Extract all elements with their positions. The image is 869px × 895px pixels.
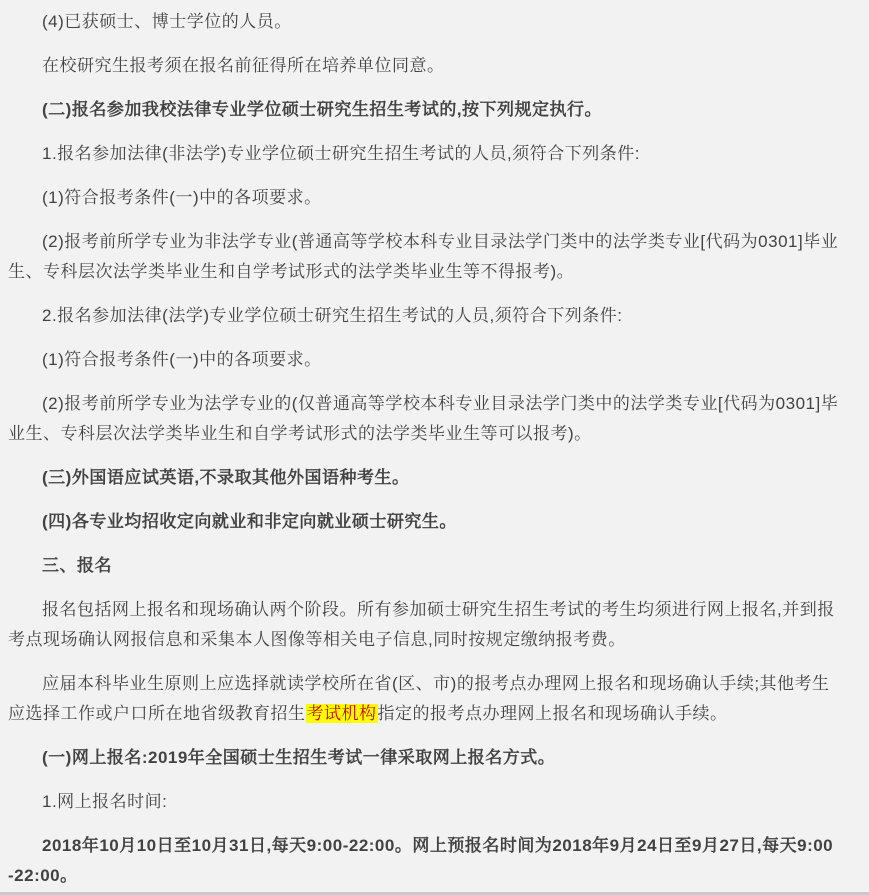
document-heading-paragraph: 2018年10月10日至10月31日,每天9:00-22:00。网上预报名时间为… bbox=[8, 831, 839, 891]
document-paragraph: (1)符合报考条件(一)中的各项要求。 bbox=[8, 183, 839, 213]
text-run: 1.报名参加法律(非法学)专业学位硕士研究生招生考试的人员,须符合下列条件: bbox=[42, 144, 640, 163]
text-run: (1)符合报考条件(一)中的各项要求。 bbox=[42, 350, 322, 369]
text-run: (一)网上报名:2019年全国硕士生招生考试一律采取网上报名方式。 bbox=[42, 748, 555, 767]
text-run: 报名包括网上报名和现场确认两个阶段。所有参加硕士研究生招生考试的考生均须进行网上… bbox=[8, 600, 835, 649]
document-page: (4)已获硕士、博士学位的人员。在校研究生报考须在报名前征得所在培养单位同意。(… bbox=[0, 0, 869, 895]
text-run: 2.报名参加法律(法学)专业学位硕士研究生招生考试的人员,须符合下列条件: bbox=[42, 306, 622, 325]
text-run: 2018年10月10日至10月31日,每天9:00-22:00。网上预报名时间为… bbox=[8, 836, 833, 885]
text-run: (2)报考前所学专业为法学专业的(仅普通高等学校本科专业目录法学门类中的法学类专… bbox=[8, 394, 838, 443]
document-paragraph: 1.网上报名时间: bbox=[8, 787, 839, 817]
text-run: 指定的报考点办理网上报名和现场确认手续。 bbox=[378, 704, 728, 723]
text-run: (四)各专业均招收定向就业和非定向就业硕士研究生。 bbox=[42, 512, 457, 531]
text-run: 在校研究生报考须在报名前征得所在培养单位同意。 bbox=[42, 56, 445, 75]
text-run: (二)报名参加我校法律专业学位硕士研究生招生考试的,按下列规定执行。 bbox=[42, 100, 602, 119]
document-heading-paragraph: (二)报名参加我校法律专业学位硕士研究生招生考试的,按下列规定执行。 bbox=[8, 95, 839, 125]
document-heading-paragraph: (三)外国语应试英语,不录取其他外国语种考生。 bbox=[8, 463, 839, 493]
document-paragraph: 1.报名参加法律(非法学)专业学位硕士研究生招生考试的人员,须符合下列条件: bbox=[8, 139, 839, 169]
document-heading-paragraph: (四)各专业均招收定向就业和非定向就业硕士研究生。 bbox=[8, 507, 839, 537]
document-paragraph: 应届本科毕业生原则上应选择就读学校所在省(区、市)的报考点办理网上报名和现场确认… bbox=[8, 669, 839, 729]
document-heading-paragraph: (一)网上报名:2019年全国硕士生招生考试一律采取网上报名方式。 bbox=[8, 743, 839, 773]
text-run: (三)外国语应试英语,不录取其他外国语种考生。 bbox=[42, 468, 410, 487]
text-run: (4)已获硕士、博士学位的人员。 bbox=[42, 12, 292, 31]
document-heading-paragraph: 三、报名 bbox=[8, 551, 839, 581]
text-run: 1.网上报名时间: bbox=[42, 792, 167, 811]
document-paragraph: (4)已获硕士、博士学位的人员。 bbox=[8, 7, 839, 37]
highlighted-keyword: 考试机构 bbox=[306, 704, 378, 723]
document-paragraph: 报名包括网上报名和现场确认两个阶段。所有参加硕士研究生招生考试的考生均须进行网上… bbox=[8, 595, 839, 655]
text-run: (2)报考前所学专业为非法学专业(普通高等学校本科专业目录法学门类中的法学类专业… bbox=[8, 232, 838, 281]
document-paragraph: 在校研究生报考须在报名前征得所在培养单位同意。 bbox=[8, 51, 839, 81]
text-run: 三、报名 bbox=[42, 556, 112, 575]
document-paragraph: (2)报考前所学专业为法学专业的(仅普通高等学校本科专业目录法学门类中的法学类专… bbox=[8, 389, 839, 449]
text-run: (1)符合报考条件(一)中的各项要求。 bbox=[42, 188, 322, 207]
document-paragraph: 2.报名参加法律(法学)专业学位硕士研究生招生考试的人员,须符合下列条件: bbox=[8, 301, 839, 331]
document-paragraph: (1)符合报考条件(一)中的各项要求。 bbox=[8, 345, 839, 375]
document-content: (4)已获硕士、博士学位的人员。在校研究生报考须在报名前征得所在培养单位同意。(… bbox=[0, 0, 869, 891]
document-paragraph: (2)报考前所学专业为非法学专业(普通高等学校本科专业目录法学门类中的法学类专业… bbox=[8, 227, 839, 287]
